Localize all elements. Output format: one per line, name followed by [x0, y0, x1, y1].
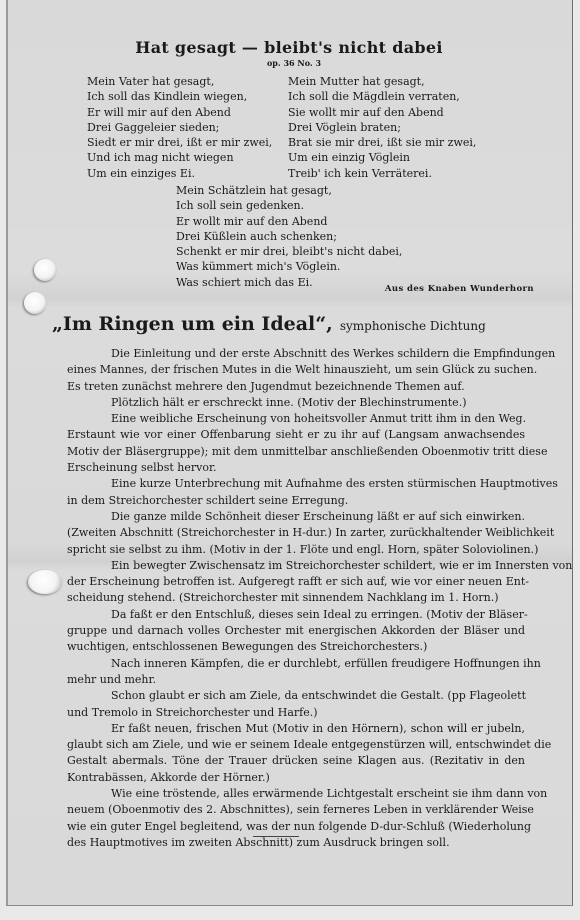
text-line: neuem (Oboenmotiv des 2. Abschnittes), s… — [67, 802, 525, 818]
text-line: Schon glaubt er sich am Ziele, da entsch… — [67, 688, 525, 704]
song-title: Hat gesagt — bleibt's nicht dabei — [6, 38, 572, 57]
end-rule — [253, 836, 299, 837]
text-line: wuchtigen, entschlossenen Bewegungen des… — [67, 639, 525, 655]
punch-hole-middle — [24, 292, 46, 314]
text-line: scheidung stehend. (Streichorchester mit… — [67, 590, 525, 606]
verse-line: Er wollt mir auf den Abend — [176, 214, 402, 229]
text-line: des Hauptmotives im zweiten Abschnitt) z… — [67, 835, 525, 851]
text-line: mehr und mehr. — [67, 672, 525, 688]
page-left-edge — [6, 0, 8, 905]
text-line: Eine weibliche Erscheinung von hoheitsvo… — [67, 411, 525, 427]
document-page: Hat gesagt — bleibt's nicht dabei op. 36… — [6, 0, 573, 906]
text-line: Gestalt abermals. Töne der Trauer drücke… — [67, 753, 525, 769]
verse-line: Drei Vöglein braten; — [288, 120, 476, 135]
text-line: eines Mannes, der frischen Mutes in die … — [67, 362, 525, 378]
text-line: Plötzlich hält er erschreckt inne. (Moti… — [67, 395, 525, 411]
section-subtitle: symphonische Dichtung — [338, 319, 486, 333]
verse-line: Drei Gaggeleier sieden; — [87, 120, 272, 135]
text-line: Wie eine tröstende, alles erwärmende Lic… — [67, 786, 525, 802]
text-line: (Zweiten Abschnitt (Streichorchester in … — [67, 525, 525, 541]
verse-line: Treib' ich kein Verräterei. — [288, 166, 476, 181]
text-line: Es treten zunächst mehrere den Jugendmut… — [67, 379, 525, 395]
text-line: Kontrabässen, Akkorde der Hörner.) — [67, 770, 525, 786]
verse-line: Er will mir auf den Abend — [87, 105, 272, 120]
text-line: spricht sie selbst zu ihm. (Motiv in der… — [67, 542, 525, 558]
text-line: Nach inneren Kämpfen, die er durchlebt, … — [67, 656, 525, 672]
poem-source: Aus des Knaben Wunderhorn — [385, 284, 534, 294]
verse-line: Ich soll die Mägdlein verraten, — [288, 89, 476, 104]
punch-hole-bottom — [28, 570, 62, 594]
program-notes: Die Einleitung und der erste Abschnitt d… — [67, 346, 525, 851]
verse-line: Um ein einziges Ei. — [87, 166, 272, 181]
text-line: Erstaunt wie vor einer Offenbarung sieht… — [67, 427, 525, 443]
verse-line: Mein Vater hat gesagt, — [87, 74, 272, 89]
verse-line: Was kümmert mich's Vöglein. — [176, 259, 402, 274]
verse-line: Sie wollt mir auf den Abend — [288, 105, 476, 120]
punch-hole-top — [34, 259, 56, 281]
text-line: und Tremolo in Streichorchester und Harf… — [67, 705, 525, 721]
verse-line: Ich soll das Kindlein wiegen, — [87, 89, 272, 104]
verse-line: Ich soll sein gedenken. — [176, 198, 402, 213]
verse-line: Was schiert mich das Ei. — [176, 275, 402, 290]
text-line: der Erscheinung betroffen ist. Aufgeregt… — [67, 574, 525, 590]
text-line: wie ein guter Engel begleitend, was der … — [67, 819, 525, 835]
text-line: Eine kurze Unterbrechung mit Aufnahme de… — [67, 476, 525, 492]
verse-line: Brat sie mir drei, ißt sie mir zwei, — [288, 135, 476, 150]
stanza-center: Mein Schätzlein hat gesagt, Ich soll sei… — [176, 183, 402, 290]
verse-line: Mein Schätzlein hat gesagt, — [176, 183, 402, 198]
section-heading: „Im Ringen um ein Ideal“, symphonische D… — [52, 313, 486, 335]
verse-line: Und ich mag nicht wiegen — [87, 150, 272, 165]
verse-line: Um ein einzig Vöglein — [288, 150, 476, 165]
verse-line: Siedt er mir drei, ißt er mir zwei, — [87, 135, 272, 150]
verse-line: Mein Mutter hat gesagt, — [288, 74, 476, 89]
text-line: Er faßt neuen, frischen Mut (Motiv in de… — [67, 721, 525, 737]
text-line: Da faßt er den Entschluß, dieses sein Id… — [67, 607, 525, 623]
text-line: gruppe und darnach volles Orchester mit … — [67, 623, 525, 639]
stanza-right: Mein Mutter hat gesagt, Ich soll die Mäg… — [288, 74, 476, 181]
text-line: in dem Streichorchester schildert seine … — [67, 493, 525, 509]
verse-line: Schenkt er mir drei, bleibt's nicht dabe… — [176, 244, 402, 259]
text-line: glaubt sich am Ziele, und wie er seinem … — [67, 737, 525, 753]
text-line: Ein bewegter Zwischensatz im Streichorch… — [67, 558, 525, 574]
text-line: Erscheinung selbst hervor. — [67, 460, 525, 476]
section-title: „Im Ringen um ein Ideal“, — [52, 313, 333, 335]
stanza-left: Mein Vater hat gesagt, Ich soll das Kind… — [87, 74, 272, 181]
text-line: Die ganze milde Schönheit dieser Erschei… — [67, 509, 525, 525]
text-line: Die Einleitung und der erste Abschnitt d… — [67, 346, 525, 362]
opus-number: op. 36 No. 3 — [6, 58, 572, 68]
verse-line: Drei Küßlein auch schenken; — [176, 229, 402, 244]
text-line: Motiv der Bläsergruppe); mit dem unmitte… — [67, 444, 525, 460]
